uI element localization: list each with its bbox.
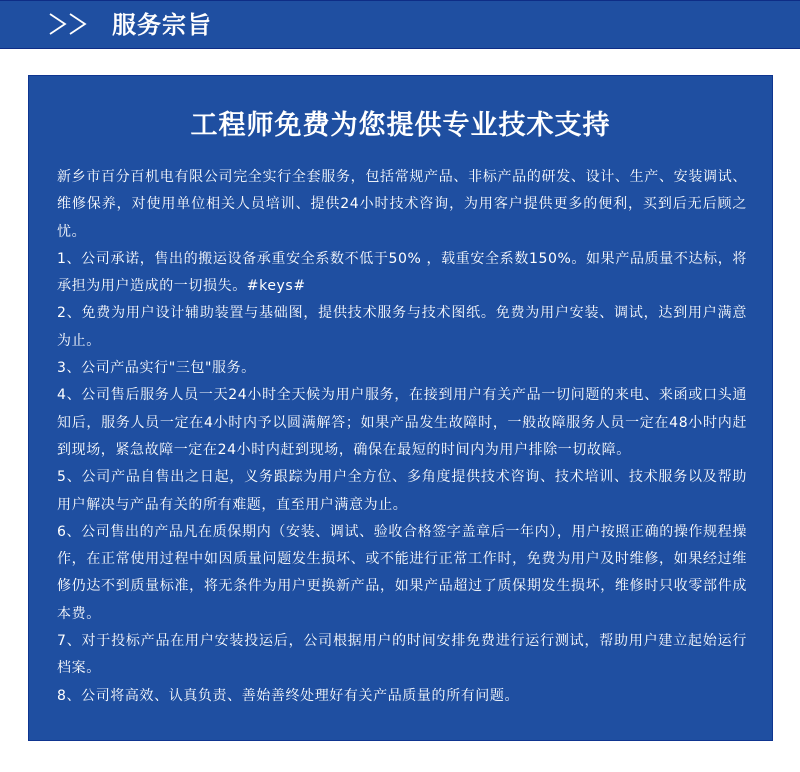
commitment-item-4: 4、公司售后服务人员一天24小时全天候为用户服务，在接到用户有关产品一切问题的来… xyxy=(57,382,747,464)
commitment-item-3: 3、公司产品实行"三包"服务。 xyxy=(57,355,747,382)
commitment-item-5: 5、公司产品自售出之日起，义务跟踪为用户全方位、多角度提供技术咨询、技术培训、技… xyxy=(57,464,747,519)
double-chevron-right-icon xyxy=(48,10,90,38)
section-title: 服务宗旨 xyxy=(112,9,212,41)
commitment-item-2: 2、免费为用户设计辅助装置与基础图，提供技术服务与技术图纸。免费为用户安装、调试… xyxy=(57,300,747,355)
commitment-item-6: 6、公司售出的产品凡在质保期内（安装、调试、验收合格签字盖章后一年内），用户按照… xyxy=(57,519,747,628)
commitment-item-8: 8、公司将高效、认真负责、善始善终处理好有关产品质量的所有问题。 xyxy=(57,683,747,710)
panel-body: 新乡市百分百机电有限公司完全实行全套服务，包括常规产品、非标产品的研发、设计、生… xyxy=(57,164,747,710)
commitment-item-7: 7、对于投标产品在用户安装投运后，公司根据用户的时间安排免费进行运行测试，帮助用… xyxy=(57,628,747,683)
intro-paragraph: 新乡市百分百机电有限公司完全实行全套服务，包括常规产品、非标产品的研发、设计、生… xyxy=(57,164,747,246)
service-panel: 工程师免费为您提供专业技术支持 新乡市百分百机电有限公司完全实行全套服务，包括常… xyxy=(28,75,773,741)
commitment-item-1: 1、公司承诺，售出的搬运设备承重安全系数不低于50% ，载重安全系数150%。如… xyxy=(57,246,747,301)
panel-title: 工程师免费为您提供专业技术支持 xyxy=(29,109,772,143)
section-header: 服务宗旨 xyxy=(0,0,800,49)
